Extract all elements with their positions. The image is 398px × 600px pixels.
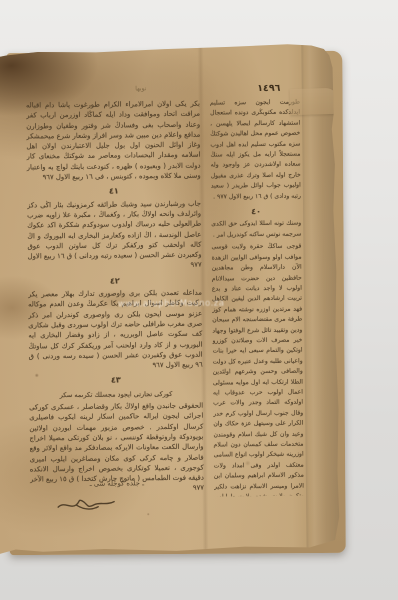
section-number: ٤٠: [211, 204, 301, 220]
section-number: ٤١: [27, 183, 201, 200]
photo-of-document: نوبها ١٤٩٦ طورمت ايجون سزه تسليم ايدلدكد…: [0, 0, 398, 600]
section-number: ٤٣: [29, 372, 203, 389]
section-body: جاب ورشبارندن سيد وشبك طرائقه كرمزونيك ب…: [27, 198, 202, 272]
running-header: نوبها: [124, 85, 158, 92]
handwritten-flourish: [56, 493, 116, 516]
watermark-text: www.atupherMauno.za: [118, 298, 248, 309]
text-column-right: طورمت ايجون سزه تسليم ايدلدكده مكتوبڭرى …: [210, 98, 304, 497]
closing-line: ـ جلده كوجله شى ـ: [30, 476, 204, 489]
section-number: ٤٢: [28, 272, 202, 289]
section-body: وسنك تونه اسللا ايدوكى حق الكدى سرجمه نو…: [211, 219, 301, 241]
section-body: بكر يكى اولان امرالامراء الكرام طورغوت پ…: [26, 99, 201, 183]
section-body: طورمت ايجون سزه تسليم ايدلدكده مكتوبڭرى …: [210, 98, 301, 203]
section-body: قوجى ساكڭ حقرة ولايت قوسى موافب اولو وسو…: [211, 242, 304, 497]
page-number: ١٤٩٦: [246, 83, 292, 94]
stacked-sheet-corner: [290, 88, 339, 115]
